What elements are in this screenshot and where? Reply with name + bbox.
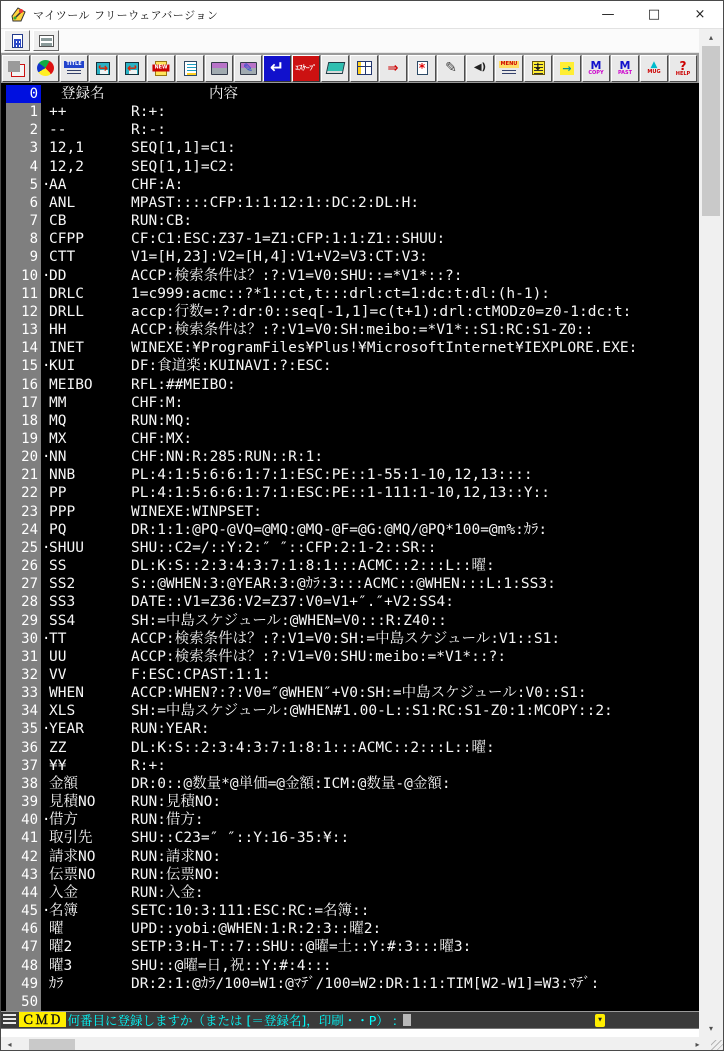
- menu-lines-icon: [3, 1014, 16, 1025]
- row-number: 24: [6, 521, 41, 539]
- toolbar-button-laptop[interactable]: [321, 55, 349, 82]
- row-number: 33: [6, 684, 41, 702]
- row-number: 35: [6, 720, 41, 738]
- register-name: 請求NO: [49, 848, 95, 866]
- scroll-up-icon[interactable]: ▴: [699, 29, 723, 46]
- text-cursor[interactable]: [403, 1014, 411, 1026]
- register-name: WHEN: [49, 684, 84, 702]
- table-row[interactable]: 41取引先SHU::C23=″ ″::Y:16-35:¥::: [1, 829, 699, 847]
- register-name: MEIBO: [49, 376, 93, 394]
- toolbar-button-speaker[interactable]: ◀): [466, 55, 494, 82]
- register-name: 曜3: [49, 957, 72, 975]
- table-row[interactable]: 36ZZDL:K:S::2:3:4:3:7:1:8:1:::ACMC::2:::…: [1, 739, 699, 757]
- table-row[interactable]: 10·DDACCP:検索条件は？:?:V1=V0:SHU::=*V1*::?:: [1, 267, 699, 285]
- header-row-number: 0: [6, 85, 41, 103]
- horizontal-scroll-thumb[interactable]: [29, 1039, 75, 1050]
- row-number: 18: [6, 412, 41, 430]
- register-content: ACCP:検索条件は？:?:V1=V0:SHU::=*V1*::?:: [131, 267, 462, 285]
- register-content: RUN:CB:: [131, 212, 192, 230]
- row-number: 27: [6, 575, 41, 593]
- register-name: --: [49, 121, 66, 139]
- row-number: 28: [6, 593, 41, 611]
- register-content: WINEXE:¥ProgramFiles¥Plus!¥MicrosoftInte…: [131, 339, 637, 357]
- register-name: MQ: [49, 412, 66, 430]
- register-content: RUN:入金:: [131, 884, 204, 902]
- table-row[interactable]: 1++R:+:: [1, 103, 699, 121]
- table-row[interactable]: 23PPPWINEXE:WINPSET:: [1, 503, 699, 521]
- register-content: CHF:MX:: [131, 430, 192, 448]
- app-icon: [9, 6, 27, 24]
- menu-book-icon: [502, 70, 516, 75]
- table-row[interactable]: 34XLSSH:=中島スケジュール:@WHEN#1.00-L::S1:RC:S1…: [1, 702, 699, 720]
- table-row[interactable]: 38金額DR:0::@数量*@単価=@金額:ICM:@数量-@金額:: [1, 775, 699, 793]
- register-content: SHU::C2=/::Y:2:″ ″::CFP:2:1-2::SR::: [131, 539, 437, 557]
- m-past-glyph: PAST: [618, 71, 632, 76]
- table-row[interactable]: 48曜3SHU::@曜=日,祝::Y:#:4:::: [1, 957, 699, 975]
- register-name: ZZ: [49, 739, 66, 757]
- row-number: 1: [6, 103, 41, 121]
- row-number: 47: [6, 938, 41, 956]
- toolbar-button-new-page[interactable]: NEW: [147, 55, 175, 82]
- table-row[interactable]: 35·YEARRUN:YEAR:: [1, 720, 699, 738]
- row-number: 15: [6, 357, 41, 375]
- table-row[interactable]: 40·借方RUN:借方:: [1, 811, 699, 829]
- calculator-icon: [12, 34, 23, 48]
- register-name: SS3: [49, 593, 75, 611]
- app-window: マイツール フリーウェアバージョン — □ × TITLE↪↩NEW✎↵ｴｽｹｰ…: [0, 0, 724, 1051]
- command-bar[interactable]: ＣＭＤ 何番目に登録しますか（または [＝登録名]，印刷・・P） : ▼: [1, 1011, 699, 1028]
- row-number: 44: [6, 884, 41, 902]
- toolbar-button-menu-book[interactable]: MENU: [495, 55, 523, 82]
- row-number: 3: [6, 139, 41, 157]
- register-content: SH:=中島スケジュール:@WHEN#1.00-L::S1:RC:S1-Z0:1…: [131, 702, 613, 720]
- register-content: PL:4:1:5:6:6:1:7:1:ESC:PE::1-111:1-10,12…: [131, 484, 550, 502]
- command-prompt-message: 何番目に登録しますか（または [＝登録名]，印刷・・P） :: [68, 1011, 397, 1029]
- row-number: 37: [6, 757, 41, 775]
- register-name: PP: [49, 484, 66, 502]
- toolbar-button-title[interactable]: TITLE: [60, 55, 88, 82]
- toolbar-button-m-past[interactable]: MPAST: [611, 55, 639, 82]
- table-row[interactable]: 16MEIBORFL:##MEIBO:: [1, 376, 699, 394]
- register-name: 金額: [49, 775, 78, 793]
- table-row[interactable]: 25·SHUUSHU::C2=/::Y:2:″ ″::CFP:2:1-2::SR…: [1, 539, 699, 557]
- row-number: 43: [6, 866, 41, 884]
- table-row[interactable]: 39見積NORUN:見積NO:: [1, 793, 699, 811]
- register-name: DRLC: [49, 285, 84, 303]
- register-name: 曜2: [49, 938, 72, 956]
- register-content: CHF:NN:R:285:RUN::R:1:: [131, 448, 323, 466]
- register-content: PL:4:1:5:6:6:1:7:1:ESC:PE::1-55:1-10,12,…: [131, 466, 533, 484]
- table-row[interactable]: 37¥¥R:+:: [1, 757, 699, 775]
- register-content: ACCP:検索条件は？:?:V1=V0:SHU:meibo:=*V1*::?:: [131, 648, 506, 666]
- table-row[interactable]: 27SS2S::@WHEN:3:@YEAR:3:@ｶﾗ:3:::ACMC::@W…: [1, 575, 699, 593]
- table-row[interactable]: 32VVF:ESC:CPAST:1:1:: [1, 666, 699, 684]
- table-header-row: 0 登録名 内容: [1, 85, 699, 103]
- print-cancel-glyph: ✎: [243, 62, 253, 74]
- register-name: TT: [49, 630, 66, 648]
- register-name: MX: [49, 430, 66, 448]
- row-number: 42: [6, 848, 41, 866]
- register-content: RUN:YEAR:: [131, 720, 210, 738]
- register-content: RUN:伝票NO:: [131, 866, 221, 884]
- toolbar-button-print[interactable]: [205, 55, 233, 82]
- document-icon: [184, 61, 197, 76]
- register-name: MM: [49, 394, 66, 412]
- row-number: 38: [6, 775, 41, 793]
- row-number: 41: [6, 829, 41, 847]
- register-content: SHU::@曜=日,祝::Y:#:4:::: [131, 957, 332, 975]
- scroll-right-icon[interactable]: ▸: [689, 1037, 706, 1051]
- table-row[interactable]: 8CFPPCF:C1:ESC:Z37-1=Z1:CFP:1:1:Z1::SHUU…: [1, 230, 699, 248]
- row-number: 10: [6, 267, 41, 285]
- help-glyph: ?: [680, 60, 687, 72]
- main-toolbar: TITLE↪↩NEW✎↵ｴｽｹｰﾌﾟ⇒*✎◀)MENU↓→MCOPYMPAST▲…: [1, 53, 699, 83]
- register-name: NNB: [49, 466, 75, 484]
- save-file-glyph: ↩: [127, 62, 137, 74]
- register-name: 曜: [49, 920, 64, 938]
- table-row[interactable]: 6ANLMPAST::::CFP:1:1:12:1::DC:2:DL:H:: [1, 194, 699, 212]
- row-number: 46: [6, 920, 41, 938]
- row-number: 30: [6, 630, 41, 648]
- register-name: CB: [49, 212, 66, 230]
- register-name: 12,1: [49, 139, 84, 157]
- table-row[interactable]: 15·KUIDF:食道楽:KUINAVI:?:ESC:: [1, 357, 699, 375]
- register-content: WINEXE:WINPSET:: [131, 503, 262, 521]
- move-right-glyph: →: [560, 62, 573, 75]
- toolbar-button-help[interactable]: ?HELP: [669, 55, 697, 82]
- row-number: 45: [6, 902, 41, 920]
- resize-grip[interactable]: [706, 1037, 723, 1051]
- register-name: 12,2: [49, 158, 84, 176]
- row-number: 34: [6, 702, 41, 720]
- row-number: 17: [6, 394, 41, 412]
- row-number: 50: [6, 993, 41, 1011]
- load-file-glyph: ↪: [98, 62, 108, 74]
- vertical-scrollbar[interactable]: ▴ ▾: [699, 29, 723, 1037]
- register-name: 見積NO: [49, 793, 95, 811]
- table-row[interactable]: 2--R:-:: [1, 121, 699, 139]
- toolbar-button-enter[interactable]: ↵: [263, 55, 291, 82]
- register-content: ACCP:WHEN?:?:V0=″@WHEN″+V0:SH:=中島スケジュール:…: [131, 684, 587, 702]
- table-row[interactable]: 42請求NORUN:請求NO:: [1, 848, 699, 866]
- register-content: R:-:: [131, 121, 166, 139]
- row-number: 31: [6, 648, 41, 666]
- mytool-logo-icon: [37, 60, 54, 76]
- register-content: SETP:3:H-T::7::SHU::@曜=土::Y:#:3:::曜3:: [131, 938, 471, 956]
- toolbar-button-escape[interactable]: ｴｽｹｰﾌﾟ: [292, 55, 320, 82]
- row-number: 13: [6, 321, 41, 339]
- register-name: ｶﾗ: [49, 975, 64, 993]
- table-row[interactable]: 47曜2SETP:3:H-T::7::SHU::@曜=土::Y:#:3:::曜3…: [1, 938, 699, 956]
- table-row[interactable]: 312,1SEQ[1,1]=C1:: [1, 139, 699, 157]
- toolbar-button-mytool-logo[interactable]: [31, 55, 59, 82]
- toolbar-button-page-refresh[interactable]: *: [408, 55, 436, 82]
- table-row[interactable]: 17MMCHF:M:: [1, 394, 699, 412]
- table-row[interactable]: 20·NNCHF:NN:R:285:RUN::R:1:: [1, 448, 699, 466]
- row-number: 39: [6, 793, 41, 811]
- table-row[interactable]: 12DRLLaccp:行数=:?:dr:0::seq[-1,1]=c(t+1):…: [1, 303, 699, 321]
- minimize-button[interactable]: —: [585, 1, 631, 28]
- register-name: SS4: [49, 612, 75, 630]
- toolbar-button-print-cancel[interactable]: ✎: [234, 55, 262, 82]
- register-name: UU: [49, 648, 66, 666]
- row-number: 16: [6, 376, 41, 394]
- table-row[interactable]: 18MQRUN:MQ:: [1, 412, 699, 430]
- register-name: CFPP: [49, 230, 84, 248]
- cmd-badge: ＣＭＤ: [19, 1012, 66, 1027]
- new-page-glyph: NEW: [152, 65, 169, 72]
- register-name: SHUU: [49, 539, 84, 557]
- table-row[interactable]: 50: [1, 993, 699, 1011]
- toolbar-button-move-right[interactable]: →: [553, 55, 581, 82]
- table-row[interactable]: 30·TTACCP:検索条件は？:?:V1=V0:SH:=中島スケジュール:V1…: [1, 630, 699, 648]
- register-content: ACCP:検索条件は？:?:V1=V0:SH:meibo:=*V1*::S1:R…: [131, 321, 593, 339]
- register-name: 取引先: [49, 829, 93, 847]
- register-content: UPD::yobi:@WHEN:1:R:2:3::曜2:: [131, 920, 381, 938]
- table-row[interactable]: 19MXCHF:MX:: [1, 430, 699, 448]
- row-number: 2: [6, 121, 41, 139]
- register-name: AA: [49, 176, 66, 194]
- window-list-icon: [39, 35, 54, 47]
- register-content: accp:行数=:?:dr:0::seq[-1,1]=c(t+1):drl:ct…: [131, 303, 631, 321]
- register-content: 1=c999:acmc::?*1::ct,t:::drl:ct=1:dc:t:d…: [131, 285, 550, 303]
- row-number: 40: [6, 811, 41, 829]
- table-row[interactable]: 11DRLC1=c999:acmc::?*1::ct,t:::drl:ct=1:…: [1, 285, 699, 303]
- register-table: 0 登録名 内容 1++R:+:2--R:-:312,1SEQ[1,1]=C1:…: [1, 83, 699, 1011]
- m-copy-glyph: COPY: [588, 71, 603, 76]
- table-row[interactable]: 46曜UPD::yobi:@WHEN:1:R:2:3::曜2:: [1, 920, 699, 938]
- table-row[interactable]: 14INETWINEXE:¥ProgramFiles¥Plus!¥Microso…: [1, 339, 699, 357]
- register-name: KUI: [49, 357, 75, 375]
- table-row[interactable]: 22PPPL:4:1:5:6:6:1:7:1:ESC:PE::1-111:1-1…: [1, 484, 699, 502]
- register-name: 借方: [49, 811, 78, 829]
- toolbar-button-document[interactable]: [176, 55, 204, 82]
- screen-copy-icon: [8, 61, 20, 72]
- window-list-button[interactable]: [33, 30, 59, 51]
- row-number: 23: [6, 503, 41, 521]
- register-content: DR:1:1:@PQ-@VQ=@MQ:@MQ-@F=@G:@MQ/@PQ*100…: [131, 521, 547, 539]
- register-content: SETC:10:3:111:ESC:RC:=名簿::: [131, 902, 370, 920]
- header-content-column: 内容: [209, 85, 238, 103]
- register-name: INET: [49, 339, 84, 357]
- register-name: SS: [49, 557, 66, 575]
- register-name: DRLL: [49, 303, 84, 321]
- register-content: SEQ[1,1]=C2:: [131, 158, 236, 176]
- input-mode-icon: ▼: [595, 1014, 605, 1027]
- title-glyph: TITLE: [64, 61, 83, 68]
- status-gap: [1, 1028, 699, 1037]
- insert-row-glyph: ⇒: [388, 62, 399, 75]
- mug-glyph: MUG: [647, 70, 660, 75]
- row-number: 49: [6, 975, 41, 993]
- register-name: ++: [49, 103, 66, 121]
- register-content: RUN:MQ:: [131, 412, 192, 430]
- calculator-button[interactable]: [4, 30, 30, 51]
- register-name: NN: [49, 448, 66, 466]
- row-number: 36: [6, 739, 41, 757]
- register-content: DATE::V1=Z36:V2=Z37:V0=V1+″.″+V2:SS4:: [131, 593, 454, 611]
- horizontal-scroll-track[interactable]: [18, 1037, 689, 1051]
- register-name: PPP: [49, 503, 75, 521]
- register-content: DR:0::@数量*@単価=@金額:ICM:@数量-@金額:: [131, 775, 451, 793]
- register-content: RUN:見積NO:: [131, 793, 221, 811]
- row-number: 6: [6, 194, 41, 212]
- scroll-left-icon[interactable]: ◂: [1, 1037, 18, 1051]
- table-row[interactable]: 49ｶﾗDR:2:1:@ｶﾗ/100=W1:@ﾏﾃﾞ/100=W2:DR:1:1…: [1, 975, 699, 993]
- title-icon: [67, 70, 81, 75]
- row-number: 4: [6, 158, 41, 176]
- table-row[interactable]: 9CTTV1=[H,23]:V2=[H,4]:V1+V2=V3:CT:V3:: [1, 248, 699, 266]
- speaker-glyph: ◀): [474, 63, 486, 73]
- register-content: SHU::C23=″ ″::Y:16-35:¥::: [131, 829, 349, 847]
- table-row[interactable]: 31UUACCP:検索条件は？:?:V1=V0:SHU:meibo:=*V1*:…: [1, 648, 699, 666]
- register-name: 入金: [49, 884, 78, 902]
- row-number: 32: [6, 666, 41, 684]
- register-name: XLS: [49, 702, 75, 720]
- register-name: VV: [49, 666, 66, 684]
- laptop-icon: [325, 62, 345, 74]
- sub-toolbar: [1, 29, 699, 53]
- register-name: ¥¥: [49, 757, 66, 775]
- table-row[interactable]: 13HHACCP:検索条件は？:?:V1=V0:SH:meibo:=*V1*::…: [1, 321, 699, 339]
- register-content: ACCP:検索条件は？:?:V1=V0:SH:=中島スケジュール:V1::S1:: [131, 630, 560, 648]
- horizontal-scrollbar[interactable]: ◂ ▸: [1, 1037, 706, 1051]
- register-name: HH: [49, 321, 66, 339]
- register-content: CF:C1:ESC:Z37-1=Z1:CFP:1:1:Z1::SHUU:: [131, 230, 445, 248]
- table-row[interactable]: 29SS4SH:=中島スケジュール:@WHEN=V0:::R:Z40::: [1, 612, 699, 630]
- table-row[interactable]: 44入金RUN:入金:: [1, 884, 699, 902]
- list-down-glyph: ↓: [534, 63, 542, 73]
- help-glyph: HELP: [676, 72, 690, 77]
- register-name: SS2: [49, 575, 75, 593]
- table-row[interactable]: 7CBRUN:CB:: [1, 212, 699, 230]
- row-number: 11: [6, 285, 41, 303]
- toolbar-button-list-down[interactable]: ↓: [524, 55, 552, 82]
- register-content: DL:K:S::2:3:4:3:7:1:8:1:::ACMC::2:::L::曜…: [131, 739, 495, 757]
- close-button[interactable]: ×: [677, 1, 723, 28]
- table-row[interactable]: 24PQDR:1:1:@PQ-@VQ=@MQ:@MQ-@F=@G:@MQ/@PQ…: [1, 521, 699, 539]
- escape-glyph: ｴｽｹｰﾌﾟ: [296, 65, 317, 72]
- toolbar-button-window-pane[interactable]: [350, 55, 378, 82]
- register-name: ANL: [49, 194, 75, 212]
- register-name: CTT: [49, 248, 75, 266]
- register-content: MPAST::::CFP:1:1:12:1::DC:2:DL:H:: [131, 194, 419, 212]
- table-row[interactable]: 33WHENACCP:WHEN?:?:V0=″@WHEN″+V0:SH:=中島ス…: [1, 684, 699, 702]
- table-row[interactable]: 45·名簿SETC:10:3:111:ESC:RC:=名簿::: [1, 902, 699, 920]
- toolbar-button-mug[interactable]: ▲MUG: [640, 55, 668, 82]
- row-number: 48: [6, 957, 41, 975]
- table-row[interactable]: 5·AACHF:A:: [1, 176, 699, 194]
- register-name: 名簿: [49, 902, 78, 920]
- toolbar-button-load-file[interactable]: ↪: [89, 55, 117, 82]
- row-number: 14: [6, 339, 41, 357]
- table-row[interactable]: 26SSDL:K:S::2:3:4:3:7:1:8:1:::ACMC::2:::…: [1, 557, 699, 575]
- register-content: S::@WHEN:3:@YEAR:3:@ｶﾗ:3:::ACMC::@WHEN::…: [131, 575, 556, 593]
- register-content: V1=[H,23]:V2=[H,4]:V1+V2=V3:CT:V3:: [131, 248, 428, 266]
- register-name: YEAR: [49, 720, 84, 738]
- pencil-glyph: ✎: [445, 61, 457, 75]
- titlebar: マイツール フリーウェアバージョン — □ ×: [1, 1, 723, 29]
- row-number: 29: [6, 612, 41, 630]
- row-number: 9: [6, 248, 41, 266]
- scroll-down-icon[interactable]: ▾: [699, 1020, 723, 1037]
- register-content: RUN:借方:: [131, 811, 204, 829]
- toolbar-button-save-file[interactable]: ↩: [118, 55, 146, 82]
- row-number: 21: [6, 466, 41, 484]
- row-number: 7: [6, 212, 41, 230]
- register-content: DF:食道楽:KUINAVI:?:ESC:: [131, 357, 332, 375]
- table-row[interactable]: 43伝票NORUN:伝票NO:: [1, 866, 699, 884]
- register-content: CHF:A:: [131, 176, 183, 194]
- row-number: 22: [6, 484, 41, 502]
- register-content: RFL:##MEIBO:: [131, 376, 236, 394]
- register-content: DR:2:1:@ｶﾗ/100=W1:@ﾏﾃﾞ/100=W2:DR:1:1:TIM…: [131, 975, 599, 993]
- page-refresh-glyph: *: [419, 62, 425, 74]
- table-row[interactable]: 412,2SEQ[1,1]=C2:: [1, 158, 699, 176]
- toolbar-button-pencil[interactable]: ✎: [437, 55, 465, 82]
- vertical-scroll-thumb[interactable]: [702, 46, 720, 216]
- print-icon: [211, 62, 228, 75]
- toolbar-button-insert-row[interactable]: ⇒: [379, 55, 407, 82]
- register-content: R:+:: [131, 103, 166, 121]
- row-number: 26: [6, 557, 41, 575]
- window-title: マイツール フリーウェアバージョン: [33, 7, 218, 23]
- row-number: 12: [6, 303, 41, 321]
- register-content: R:+:: [131, 757, 166, 775]
- register-name: PQ: [49, 521, 66, 539]
- toolbar-button-m-copy[interactable]: MCOPY: [582, 55, 610, 82]
- row-number: 5: [6, 176, 41, 194]
- vertical-scroll-track[interactable]: [699, 46, 723, 1020]
- register-content: CHF:M:: [131, 394, 183, 412]
- register-content: F:ESC:CPAST:1:1:: [131, 666, 271, 684]
- table-row[interactable]: 21NNBPL:4:1:5:6:6:1:7:1:ESC:PE::1-55:1-1…: [1, 466, 699, 484]
- register-content: SH:=中島スケジュール:@WHEN=V0:::R:Z40::: [131, 612, 447, 630]
- register-content: RUN:請求NO:: [131, 848, 221, 866]
- toolbar-button-screen-copy[interactable]: [2, 55, 30, 82]
- row-number: 8: [6, 230, 41, 248]
- enter-glyph: ↵: [270, 60, 284, 77]
- register-content: SEQ[1,1]=C1:: [131, 139, 236, 157]
- window-pane-icon: [357, 61, 372, 75]
- menu-book-glyph: MENU: [499, 61, 520, 68]
- row-number: 19: [6, 430, 41, 448]
- table-row[interactable]: 28SS3DATE::V1=Z36:V2=Z37:V0=V1+″.″+V2:SS…: [1, 593, 699, 611]
- maximize-button[interactable]: □: [631, 1, 677, 28]
- table-rows: 1++R:+:2--R:-:312,1SEQ[1,1]=C1:412,2SEQ[…: [1, 103, 699, 1011]
- register-name: 伝票NO: [49, 866, 95, 884]
- header-name-column: 登録名: [61, 85, 105, 103]
- register-name: DD: [49, 267, 66, 285]
- register-content: DL:K:S::2:3:4:3:7:1:8:1:::ACMC::2:::L::曜…: [131, 557, 495, 575]
- row-number: 20: [6, 448, 41, 466]
- row-number: 25: [6, 539, 41, 557]
